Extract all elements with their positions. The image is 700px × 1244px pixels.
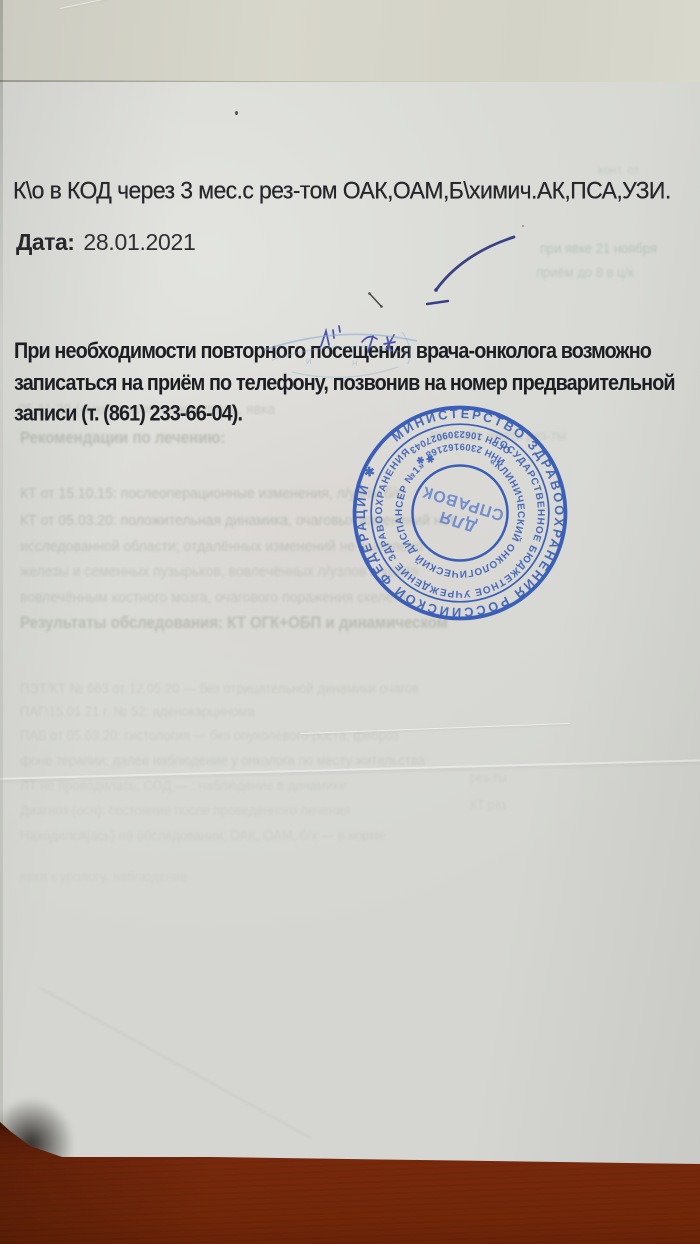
date-line: Дата:28.01.2021 [16, 229, 196, 256]
bleed-line: ЛТ не проводилась; СОД — ; наблюдение в … [20, 777, 346, 793]
bleed-line: приём до 8 в ц/к [536, 264, 634, 280]
bleed-line: фоне терапии; далее наблюдение у онколог… [20, 752, 425, 768]
bleed-line: при явке 21 ноября [540, 240, 657, 256]
bleed-line: явка к урологу, наблюдение [20, 868, 188, 884]
paper-crease [40, 987, 312, 1139]
photo-left-edge-shadow [0, 0, 3, 1125]
underlying-sheet [0, 0, 700, 82]
round-stamp: МИНИСТЕРСТВО ЗДРАВООХРАНЕНИЯ РОССИЙСКОЙ … [338, 399, 582, 627]
document-paper: 05.11.20 (онкоуролог) — контроль, явка Р… [0, 82, 700, 1244]
bleed-line: конт. от [598, 162, 639, 177]
dlya-spravok-stamp: ДЛЯ СПРАВОК [414, 482, 506, 542]
bleed-line: ПАБ от 05.03.20: гистология — без опухол… [20, 727, 399, 743]
bleed-line: ПЭТ/КТ № 663 от 12.05.20 — без отрицател… [20, 680, 419, 696]
bleed-line: рез-ты [470, 770, 507, 785]
paragraph-line: записаться на приём по телефону, позвони… [14, 367, 687, 398]
paper-crease [60, 0, 354, 9]
bleed-line: Диагноз (осн): состояние после проведённ… [20, 802, 350, 818]
bleed-line: Находился(ась) на обследовании: ОАК, ОАМ… [20, 827, 386, 843]
photo-of-medical-certificate: 05.11.20 (онкоуролог) — контроль, явка Р… [0, 0, 700, 1244]
paragraph-line: При необходимости повторного посещения в… [14, 336, 687, 367]
bleed-line: Рекомендации по лечению: [20, 429, 225, 447]
paper-speck [235, 111, 238, 115]
bleed-line: ПАГ\15.01.21 г. № 52: аденокарцинома [20, 703, 255, 719]
bleed-line: КТ раз [470, 797, 506, 812]
date-value: 28.01.2021 [83, 229, 195, 255]
followup-instruction-line: К\о в КОД через 3 мес.с рез-том ОАК,ОАМ,… [13, 176, 671, 205]
paper-speck [522, 225, 524, 227]
date-label: Дата: [16, 229, 74, 255]
